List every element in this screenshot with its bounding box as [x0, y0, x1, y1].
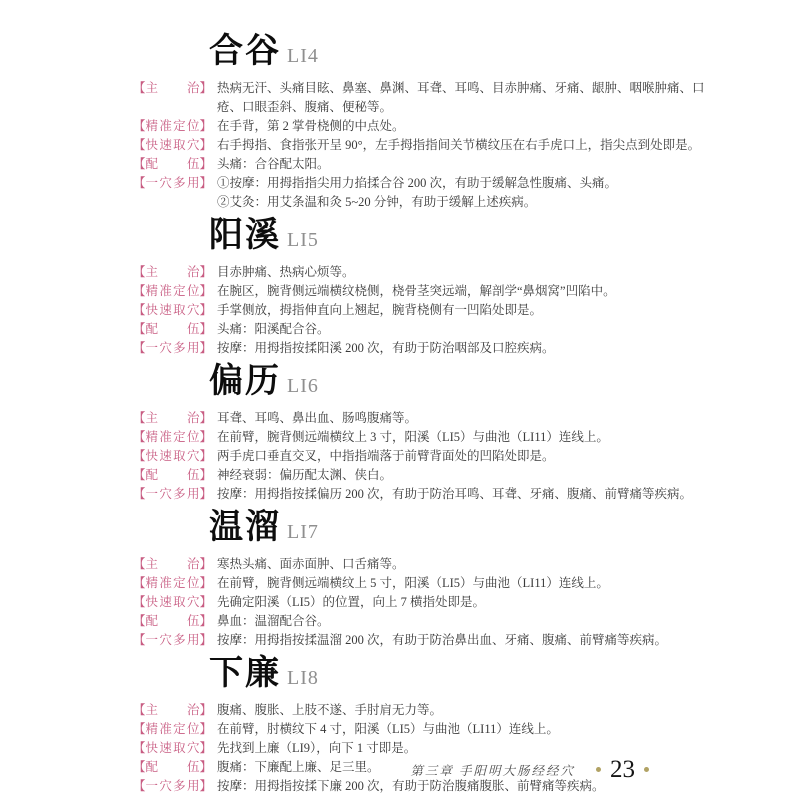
- entry-label-text: 快速取穴: [146, 593, 200, 612]
- acupoint-title: 温溜LI7: [209, 508, 728, 553]
- entry-text: 右手拇指、食指张开呈 90°，左手拇指指间关节横纹压在右手虎口上，指尖点到处即是…: [217, 136, 728, 155]
- entry-text: 神经衰弱：偏历配太渊、侠白。: [217, 466, 728, 485]
- entry-label-text: 配伍: [146, 320, 200, 339]
- entry-text-line: 在前臂，腕背侧远端横纹上 3 寸，阳溪（LI5）与曲池（LI11）连线上。: [217, 428, 728, 447]
- entry-text-line: 在腕区，腕背侧远端横纹桡侧，桡骨茎突远端，解剖学“鼻烟窝”凹陷中。: [217, 282, 728, 301]
- entry-label-text: 一穴多用: [146, 174, 200, 193]
- entry-text: ①按摩：用拇指指尖用力掐揉合谷 200 次，有助于缓解急性腹痛、头痛。②艾灸：用…: [217, 174, 728, 212]
- entry-label-text: 主治: [146, 263, 200, 282]
- entry-label-text: 一穴多用: [146, 485, 200, 504]
- ornament-dot-left: [596, 767, 601, 772]
- entry-label-text: 快速取穴: [146, 136, 200, 155]
- ornament-dot-right: [644, 767, 649, 772]
- entry-label: 【配伍】: [133, 612, 217, 631]
- entry-row: 【主治】耳聋、耳鸣、鼻出血、肠鸣腹痛等。: [133, 409, 728, 428]
- acupoint-section: 偏历LI6 【主治】耳聋、耳鸣、鼻出血、肠鸣腹痛等。【精准定位】在前臂，腕背侧远…: [133, 362, 728, 504]
- acupoint-section: 温溜LI7 【主治】寒热头痛、面赤面肿、口舌痛等。【精准定位】在前臂，腕背侧远端…: [133, 508, 728, 650]
- entry-label: 【快速取穴】: [133, 136, 217, 155]
- entry-row: 【快速取穴】两手虎口垂直交叉，中指指端落于前臂背面处的凹陷处即是。: [133, 447, 728, 466]
- entry-label: 【配伍】: [133, 466, 217, 485]
- entry-text-line: 热病无汗、头痛目眩、鼻塞、鼻渊、耳聋、耳鸣、目赤肿痛、牙痛、龈肿、咽喉肿痛、口疮…: [217, 79, 728, 117]
- entry-text-line: 在前臂，腕背侧远端横纹上 5 寸，阳溪（LI5）与曲池（LI11）连线上。: [217, 574, 728, 593]
- entry-label: 【一穴多用】: [133, 631, 217, 650]
- acupoint-title: 偏历LI6: [209, 362, 728, 407]
- entry-label: 【精准定位】: [133, 574, 217, 593]
- entry-label: 【快速取穴】: [133, 739, 217, 758]
- entry-text-line: 按摩：用拇指按揉偏历 200 次，有助于防治耳鸣、耳聋、牙痛、腹痛、前臂痛等疾病…: [217, 485, 728, 504]
- entry-text: 鼻血：温溜配合谷。: [217, 612, 728, 631]
- entry-label: 【精准定位】: [133, 428, 217, 447]
- entry-text-line: 目赤肿痛、热病心烦等。: [217, 263, 728, 282]
- entry-label-text: 配伍: [146, 466, 200, 485]
- entry-label-text: 配伍: [146, 155, 200, 174]
- book-page: 合谷LI4 【主治】热病无汗、头痛目眩、鼻塞、鼻渊、耳聋、耳鸣、目赤肿痛、牙痛、…: [0, 0, 800, 800]
- entry-text-line: 按摩：用拇指按揉阳溪 200 次，有助于防治咽部及口腔疾病。: [217, 339, 728, 358]
- entry-label-text: 配伍: [146, 758, 200, 777]
- entry-text-line: 腹痛、腹胀、上肢不遂、手肘肩无力等。: [217, 701, 728, 720]
- entry-label-text: 一穴多用: [146, 777, 200, 796]
- entry-text: 寒热头痛、面赤面肿、口舌痛等。: [217, 555, 728, 574]
- entry-label: 【主治】: [133, 409, 217, 428]
- entry-text-line: 先找到上廉（LI9），向下 1 寸即是。: [217, 739, 728, 758]
- entry-row: 【快速取穴】右手拇指、食指张开呈 90°，左手拇指指间关节横纹压在右手虎口上，指…: [133, 136, 728, 155]
- entry-label: 【一穴多用】: [133, 174, 217, 212]
- entry-row: 【精准定位】在前臂，腕背侧远端横纹上 5 寸，阳溪（LI5）与曲池（LI11）连…: [133, 574, 728, 593]
- entry-text: 在前臂，腕背侧远端横纹上 5 寸，阳溪（LI5）与曲池（LI11）连线上。: [217, 574, 728, 593]
- entry-row: 【一穴多用】①按摩：用拇指指尖用力掐揉合谷 200 次，有助于缓解急性腹痛、头痛…: [133, 174, 728, 212]
- entry-label-text: 快速取穴: [146, 739, 200, 758]
- entry-text: 按摩：用拇指按揉阳溪 200 次，有助于防治咽部及口腔疾病。: [217, 339, 728, 358]
- entry-label-text: 精准定位: [146, 428, 200, 447]
- entry-text-line: ①按摩：用拇指指尖用力掐揉合谷 200 次，有助于缓解急性腹痛、头痛。: [217, 174, 728, 193]
- entry-text-line: 右手拇指、食指张开呈 90°，左手拇指指间关节横纹压在右手虎口上，指尖点到处即是…: [217, 136, 728, 155]
- entry-text-line: 头痛：合谷配太阳。: [217, 155, 728, 174]
- acupoint-title: 下廉LI8: [209, 654, 728, 699]
- entry-row: 【配伍】鼻血：温溜配合谷。: [133, 612, 728, 631]
- entry-text: 在前臂，肘横纹下 4 寸，阳溪（LI5）与曲池（LI11）连线上。: [217, 720, 728, 739]
- entry-text: 耳聋、耳鸣、鼻出血、肠鸣腹痛等。: [217, 409, 728, 428]
- entry-row: 【一穴多用】按摩：用拇指按揉偏历 200 次，有助于防治耳鸣、耳聋、牙痛、腹痛、…: [133, 485, 728, 504]
- entry-text: 在前臂，腕背侧远端横纹上 3 寸，阳溪（LI5）与曲池（LI11）连线上。: [217, 428, 728, 447]
- acupoint-title: 合谷LI4: [209, 32, 728, 77]
- entry-label: 【快速取穴】: [133, 301, 217, 320]
- entry-text: 按摩：用拇指按揉温溜 200 次，有助于防治鼻出血、牙痛、腹痛、前臂痛等疾病。: [217, 631, 728, 650]
- entry-text-line: 先确定阳溪（LI5）的位置，向上 7 横指处即是。: [217, 593, 728, 612]
- entry-text-line: 耳聋、耳鸣、鼻出血、肠鸣腹痛等。: [217, 409, 728, 428]
- entry-label-text: 主治: [146, 555, 200, 574]
- entry-label-text: 主治: [146, 79, 200, 98]
- chapter-title: 第三章 手阳明大肠经经穴: [410, 761, 575, 779]
- entry-label: 【快速取穴】: [133, 593, 217, 612]
- entry-text: 先找到上廉（LI9），向下 1 寸即是。: [217, 739, 728, 758]
- acupoint-rows: 【主治】目赤肿痛、热病心烦等。【精准定位】在腕区，腕背侧远端横纹桡侧，桡骨茎突远…: [133, 263, 728, 358]
- entry-row: 【精准定位】在腕区，腕背侧远端横纹桡侧，桡骨茎突远端，解剖学“鼻烟窝”凹陷中。: [133, 282, 728, 301]
- entry-label-text: 一穴多用: [146, 339, 200, 358]
- entry-label-text: 快速取穴: [146, 447, 200, 466]
- acupoint-name: 温溜: [209, 508, 281, 546]
- entry-text-line: 在手背，第 2 掌骨桡侧的中点处。: [217, 117, 728, 136]
- entry-label-text: 主治: [146, 409, 200, 428]
- entry-label: 【主治】: [133, 701, 217, 720]
- entry-text: 腹痛、腹胀、上肢不遂、手肘肩无力等。: [217, 701, 728, 720]
- acupoint-code: LI4: [287, 45, 319, 67]
- entry-label-text: 一穴多用: [146, 631, 200, 650]
- entry-label: 【配伍】: [133, 758, 217, 777]
- entry-label-text: 快速取穴: [146, 301, 200, 320]
- acupoint-code: LI6: [287, 375, 319, 397]
- acupoint-name: 合谷: [209, 32, 281, 70]
- entry-row: 【快速取穴】先找到上廉（LI9），向下 1 寸即是。: [133, 739, 728, 758]
- entry-label: 【配伍】: [133, 320, 217, 339]
- acupoint-code: LI5: [287, 229, 319, 251]
- entry-text: 两手虎口垂直交叉，中指指端落于前臂背面处的凹陷处即是。: [217, 447, 728, 466]
- entry-row: 【配伍】头痛：阳溪配合谷。: [133, 320, 728, 339]
- entry-row: 【快速取穴】手掌侧放，拇指伸直向上翘起，腕背桡侧有一凹陷处即是。: [133, 301, 728, 320]
- entry-label: 【精准定位】: [133, 282, 217, 301]
- entry-text-line: 在前臂，肘横纹下 4 寸，阳溪（LI5）与曲池（LI11）连线上。: [217, 720, 728, 739]
- entry-label: 【快速取穴】: [133, 447, 217, 466]
- page-number: 23: [610, 757, 635, 782]
- entry-label: 【精准定位】: [133, 117, 217, 136]
- acupoint-code: LI8: [287, 667, 319, 689]
- acupoint-name: 偏历: [209, 362, 281, 400]
- entry-row: 【精准定位】在前臂，肘横纹下 4 寸，阳溪（LI5）与曲池（LI11）连线上。: [133, 720, 728, 739]
- acupoint-section: 阳溪LI5 【主治】目赤肿痛、热病心烦等。【精准定位】在腕区，腕背侧远端横纹桡侧…: [133, 216, 728, 358]
- entry-label-text: 精准定位: [146, 574, 200, 593]
- entry-text-line: ②艾灸：用艾条温和灸 5~20 分钟，有助于缓解上述疾病。: [217, 193, 728, 212]
- acupoint-rows: 【主治】耳聋、耳鸣、鼻出血、肠鸣腹痛等。【精准定位】在前臂，腕背侧远端横纹上 3…: [133, 409, 728, 504]
- entry-label: 【精准定位】: [133, 720, 217, 739]
- acupoint-rows: 【主治】热病无汗、头痛目眩、鼻塞、鼻渊、耳聋、耳鸣、目赤肿痛、牙痛、龈肿、咽喉肿…: [133, 79, 728, 212]
- acupoint-name: 下廉: [209, 654, 281, 692]
- entry-text-line: 头痛：阳溪配合谷。: [217, 320, 728, 339]
- acupoint-name: 阳溪: [209, 216, 281, 254]
- entry-label: 【主治】: [133, 263, 217, 282]
- entry-row: 【主治】腹痛、腹胀、上肢不遂、手肘肩无力等。: [133, 701, 728, 720]
- entry-row: 【一穴多用】按摩：用拇指按揉温溜 200 次，有助于防治鼻出血、牙痛、腹痛、前臂…: [133, 631, 728, 650]
- entry-row: 【配伍】神经衰弱：偏历配太渊、侠白。: [133, 466, 728, 485]
- entry-text-line: 神经衰弱：偏历配太渊、侠白。: [217, 466, 728, 485]
- entry-label-text: 主治: [146, 701, 200, 720]
- entry-label: 【主治】: [133, 79, 217, 117]
- entry-text-line: 按摩：用拇指按揉温溜 200 次，有助于防治鼻出血、牙痛、腹痛、前臂痛等疾病。: [217, 631, 728, 650]
- entry-text: 在手背，第 2 掌骨桡侧的中点处。: [217, 117, 728, 136]
- entry-row: 【主治】寒热头痛、面赤面肿、口舌痛等。: [133, 555, 728, 574]
- entry-text-line: 鼻血：温溜配合谷。: [217, 612, 728, 631]
- entry-text: 先确定阳溪（LI5）的位置，向上 7 横指处即是。: [217, 593, 728, 612]
- entry-row: 【配伍】头痛：合谷配太阳。: [133, 155, 728, 174]
- entry-label-text: 精准定位: [146, 720, 200, 739]
- entry-text: 头痛：阳溪配合谷。: [217, 320, 728, 339]
- entry-text: 目赤肿痛、热病心烦等。: [217, 263, 728, 282]
- acupoint-rows: 【主治】寒热头痛、面赤面肿、口舌痛等。【精准定位】在前臂，腕背侧远端横纹上 5 …: [133, 555, 728, 650]
- entry-label-text: 精准定位: [146, 117, 200, 136]
- entry-label: 【配伍】: [133, 155, 217, 174]
- entry-row: 【快速取穴】先确定阳溪（LI5）的位置，向上 7 横指处即是。: [133, 593, 728, 612]
- entry-text: 手掌侧放，拇指伸直向上翘起，腕背桡侧有一凹陷处即是。: [217, 301, 728, 320]
- entry-label-text: 配伍: [146, 612, 200, 631]
- entry-label: 【一穴多用】: [133, 339, 217, 358]
- entry-text: 按摩：用拇指按揉偏历 200 次，有助于防治耳鸣、耳聋、牙痛、腹痛、前臂痛等疾病…: [217, 485, 728, 504]
- entry-row: 【主治】目赤肿痛、热病心烦等。: [133, 263, 728, 282]
- entry-text: 在腕区，腕背侧远端横纹桡侧，桡骨茎突远端，解剖学“鼻烟窝”凹陷中。: [217, 282, 728, 301]
- entry-label: 【主治】: [133, 555, 217, 574]
- acupoint-code: LI7: [287, 521, 319, 543]
- entry-text: 热病无汗、头痛目眩、鼻塞、鼻渊、耳聋、耳鸣、目赤肿痛、牙痛、龈肿、咽喉肿痛、口疮…: [217, 79, 728, 117]
- entry-row: 【一穴多用】按摩：用拇指按揉阳溪 200 次，有助于防治咽部及口腔疾病。: [133, 339, 728, 358]
- acupoint-title: 阳溪LI5: [209, 216, 728, 261]
- entry-row: 【主治】热病无汗、头痛目眩、鼻塞、鼻渊、耳聋、耳鸣、目赤肿痛、牙痛、龈肿、咽喉肿…: [133, 79, 728, 117]
- entry-label: 【一穴多用】: [133, 485, 217, 504]
- points-list: 合谷LI4 【主治】热病无汗、头痛目眩、鼻塞、鼻渊、耳聋、耳鸣、目赤肿痛、牙痛、…: [133, 18, 728, 796]
- entry-text-line: 手掌侧放，拇指伸直向上翘起，腕背桡侧有一凹陷处即是。: [217, 301, 728, 320]
- entry-label: 【一穴多用】: [133, 777, 217, 796]
- entry-text-line: 寒热头痛、面赤面肿、口舌痛等。: [217, 555, 728, 574]
- entry-label-text: 精准定位: [146, 282, 200, 301]
- entry-row: 【精准定位】在前臂，腕背侧远端横纹上 3 寸，阳溪（LI5）与曲池（LI11）连…: [133, 428, 728, 447]
- entry-row: 【精准定位】在手背，第 2 掌骨桡侧的中点处。: [133, 117, 728, 136]
- entry-text: 头痛：合谷配太阳。: [217, 155, 728, 174]
- entry-text-line: 两手虎口垂直交叉，中指指端落于前臂背面处的凹陷处即是。: [217, 447, 728, 466]
- page-footer: 第三章 手阳明大肠经经穴 23: [410, 757, 658, 782]
- acupoint-section: 合谷LI4 【主治】热病无汗、头痛目眩、鼻塞、鼻渊、耳聋、耳鸣、目赤肿痛、牙痛、…: [133, 32, 728, 212]
